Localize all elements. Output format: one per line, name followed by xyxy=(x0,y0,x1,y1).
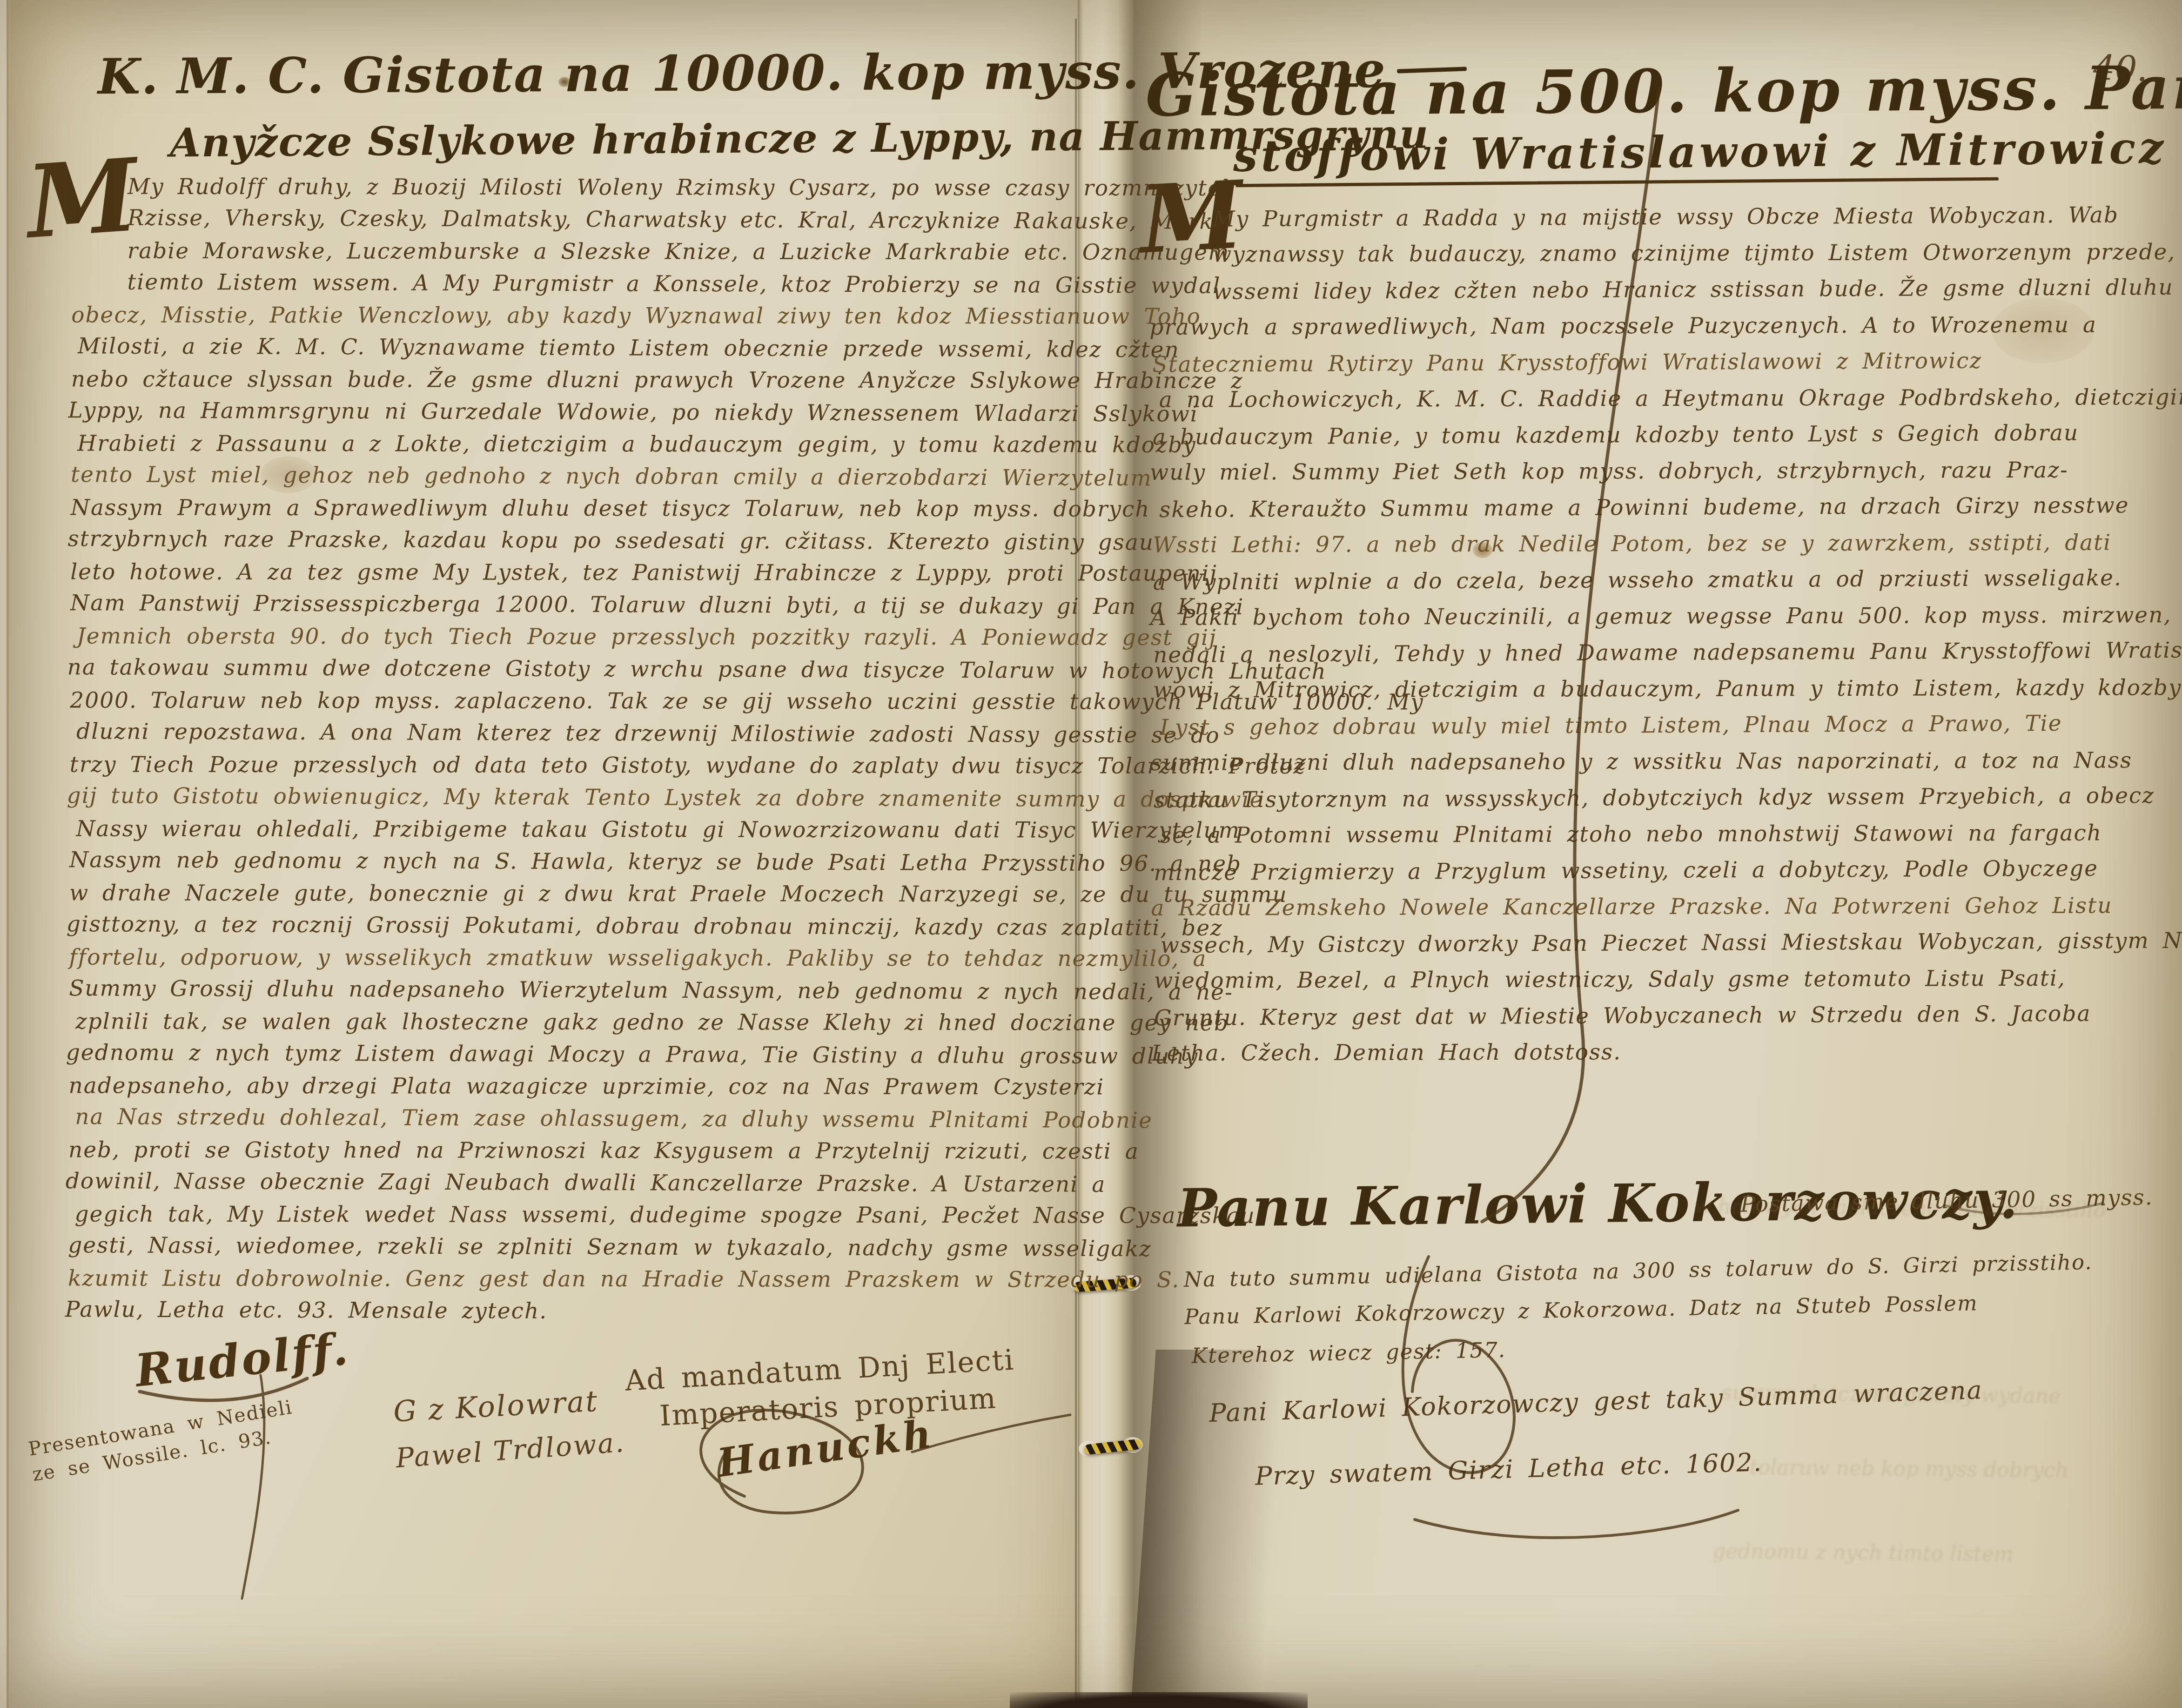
manuscript-line: Rzisse, Vhersky, Czesky, Dalmatsky, Char… xyxy=(128,202,1081,237)
bond-note-lines: Na tuto summu udielana Gistota na 300 ss… xyxy=(1183,1244,2094,1374)
manuscript-line: tento Lyst miel, gehoz neb gednoho z nyc… xyxy=(71,458,1081,494)
manuscript-line: Gruntu. Kteryz gest dat w Miestie Wobycz… xyxy=(1154,995,2173,1036)
manuscript-line: ffortelu, odporuow, y wsselikych zmatkuw… xyxy=(69,941,1079,975)
manuscript-line: strzybrnych raze Prazske, kazdau kopu po… xyxy=(67,523,1080,558)
manuscript-line: Lyst s gehoz dobrau wuly miel timto List… xyxy=(1160,705,2172,746)
manuscript-line: wuly miel. Summy Piet Seth kop myss. dob… xyxy=(1150,452,2172,491)
manuscript-line: Letha. Cžech. Demian Hach dotstoss. xyxy=(1151,1033,2173,1072)
binding-bottom-shadow xyxy=(1010,1692,1308,1708)
manuscript-line: Stateczniemu Rytirzy Panu Krysstoffowi W… xyxy=(1152,342,2171,383)
manuscript-line: neb, proti se Gistoty hned na Prziwnoszi… xyxy=(68,1134,1078,1167)
manuscript-line: nedali a neslozyli, Tehdy y hned Dawame … xyxy=(1153,632,2172,673)
manuscript-line: Summy Grossij dluhu nadepsaneho Wierzyte… xyxy=(69,972,1079,1008)
right-page-body: My Purgmistr a Radda y na mijstie wssy O… xyxy=(1152,198,2174,1072)
right-page-heading-line2: stoffowi Wratislawowi z Mitrowicz xyxy=(1233,122,2167,182)
bleedthrough-line: w hotowych zaplaczeno letha przisstiho xyxy=(1694,1189,2106,1228)
bleedthrough-line: gednomu z nych timto listem xyxy=(1712,1534,2014,1572)
manuscript-line: Lyppy, na Hammrsgrynu ni Gurzedale Wdowi… xyxy=(68,394,1081,430)
manuscript-line: Milosti, a zie K. M. C. Wyznawame tiemto… xyxy=(78,330,1081,366)
manuscript-line: gisttozny, a tez rocznij Grossij Pokutam… xyxy=(67,908,1079,944)
manuscript-line: wowi z Mitrowicz, dietczigim a budauczym… xyxy=(1153,670,2172,709)
manuscript-line: wyznawssy tak budauczy, znamo czinijme t… xyxy=(1213,234,2171,273)
manuscript-line: gesti, Nassi, wiedomee, rzekli se zplnit… xyxy=(68,1229,1078,1265)
manuscript-line: rabie Morawske, Luczemburske a Slezske K… xyxy=(128,235,1081,269)
manuscript-line: se, a Potomni wssemu Plnitami ztoho nebo… xyxy=(1160,815,2173,854)
manuscript-line: dluzni repozstawa. A ona Nam kterez tez … xyxy=(76,715,1080,751)
manuscript-line: dowinil, Nasse obecznie Zagi Neubach dwa… xyxy=(66,1165,1078,1201)
manuscript-line: leto hotowe. A za tez gsme My Lystek, te… xyxy=(70,556,1080,589)
manuscript-line: skeho. Kteraužto Summu mame a Powinni bu… xyxy=(1159,487,2172,528)
manuscript-line: nebo cžtauce slyssan bude. Že gsme dluzn… xyxy=(71,363,1081,397)
manuscript-line: wiedomim, Bezel, a Plnych wiestniczy, Sd… xyxy=(1154,960,2173,999)
manuscript-line: a na Lochowiczych, K. M. C. Raddie a Hey… xyxy=(1159,379,2172,418)
manuscript-line: trzy Tiech Pozue przesslych od data teto… xyxy=(70,748,1080,782)
manuscript-line: summie dluzni dluh nadepsaneho y z wssit… xyxy=(1151,742,2173,781)
manuscript-line: Wssti Lethi: 97. a neb drak Nedile Potom… xyxy=(1153,525,2172,564)
page-stack-edge xyxy=(0,0,7,1708)
bleedthrough-line: summu dotczene gistoty wydane xyxy=(1722,1376,2061,1414)
manuscript-line: statku Tisytorznym na wssysskych, dobytc… xyxy=(1154,778,2173,819)
manuscript-line: nadepsaneho, aby drzegi Plata wazagicze … xyxy=(68,1069,1078,1103)
manuscript-line: Nassym Prawym a Sprawedliwym dluhu deset… xyxy=(71,491,1081,525)
manuscript-line: a Rzadu Zemskeho Nowele Kanczellarze Pra… xyxy=(1151,888,2173,927)
manuscript-line: gij tuto Gistotu obwienugicz, My kterak … xyxy=(67,780,1080,815)
manuscript-line: wssech, My Gistczy dworzky Psan Pieczet … xyxy=(1161,923,2173,964)
manuscript-line: prawych a sprawedliwych, Nam poczssele P… xyxy=(1149,307,2171,346)
manuscript-line: gegich tak, My Listek wedet Nass wssemi,… xyxy=(74,1198,1078,1232)
manuscript-line: Hrabieti z Passaunu a z Lokte, dietczigi… xyxy=(77,428,1081,461)
manuscript-scan: 40. K. M. C. Gistota na 10000. kop myss.… xyxy=(0,0,2182,1708)
manuscript-line: obecz, Misstie, Patkie Wenczlowy, aby ka… xyxy=(71,299,1081,332)
manuscript-line: zplnili tak, se walen gak lhosteczne gak… xyxy=(75,1006,1079,1039)
manuscript-line: Nassym neb gednomu z nych na S. Hawla, k… xyxy=(69,844,1079,880)
left-page-body: My Rudolff druhy, z Buozij Milosti Wolen… xyxy=(68,169,1082,1329)
manuscript-line: A Pakli bychom toho Neuczinili, a gemuz … xyxy=(1150,597,2172,636)
manuscript-line: My Purgmistr a Radda y na mijstie wssy O… xyxy=(1212,197,2171,238)
manuscript-line: w drahe Naczele gute, bonecznie gi z dwu… xyxy=(69,877,1079,910)
manuscript-line: gednomu z nych tymz Listem dawagi Moczy … xyxy=(66,1036,1079,1072)
manuscript-line: Jemnich obersta 90. do tych Tiech Pozue … xyxy=(77,620,1080,654)
bleedthrough-line: tolaruw neb kop myss dobrych xyxy=(1750,1450,2068,1488)
manuscript-line: a Wyplniti wplnie a do czela, beze wsseh… xyxy=(1153,560,2172,601)
manuscript-line: Nam Panstwij Przissesspiczberga 12000. T… xyxy=(70,587,1080,623)
manuscript-line: wssemi lidey kdez cžten nebo Hranicz sst… xyxy=(1213,269,2171,310)
manuscript-line: a budauczym Panie, y tomu kazdemu kdozby… xyxy=(1153,415,2172,456)
manuscript-line: My Rudolff druhy, z Buozij Milosti Wolen… xyxy=(128,171,1081,204)
manuscript-line: kzumit Listu dobrowolnie. Genz gest dan … xyxy=(68,1262,1078,1296)
right-page-heading-line1: Gistota na 500. kop myss. Panu Kry xyxy=(1146,52,2182,130)
manuscript-line: Pawlu, Letha etc. 93. Mensale zytech. xyxy=(65,1293,1078,1329)
manuscript-line: Nassy wierau ohledali, Przibigeme takau … xyxy=(76,813,1079,847)
manuscript-line: mincze Przigmierzy a Przyglum wssetiny, … xyxy=(1154,850,2173,891)
manuscript-line: tiemto Listem wssem. A My Purgmistr a Ko… xyxy=(127,266,1081,302)
manuscript-line: na takowau summu dwe dotczene Gistoty z … xyxy=(67,651,1080,687)
manuscript-line: na Nas strzedu dohlezal, Tiem zase ohlas… xyxy=(75,1101,1078,1136)
manuscript-line: 2000. Tolaruw neb kop myss. zaplaczeno. … xyxy=(70,684,1080,718)
